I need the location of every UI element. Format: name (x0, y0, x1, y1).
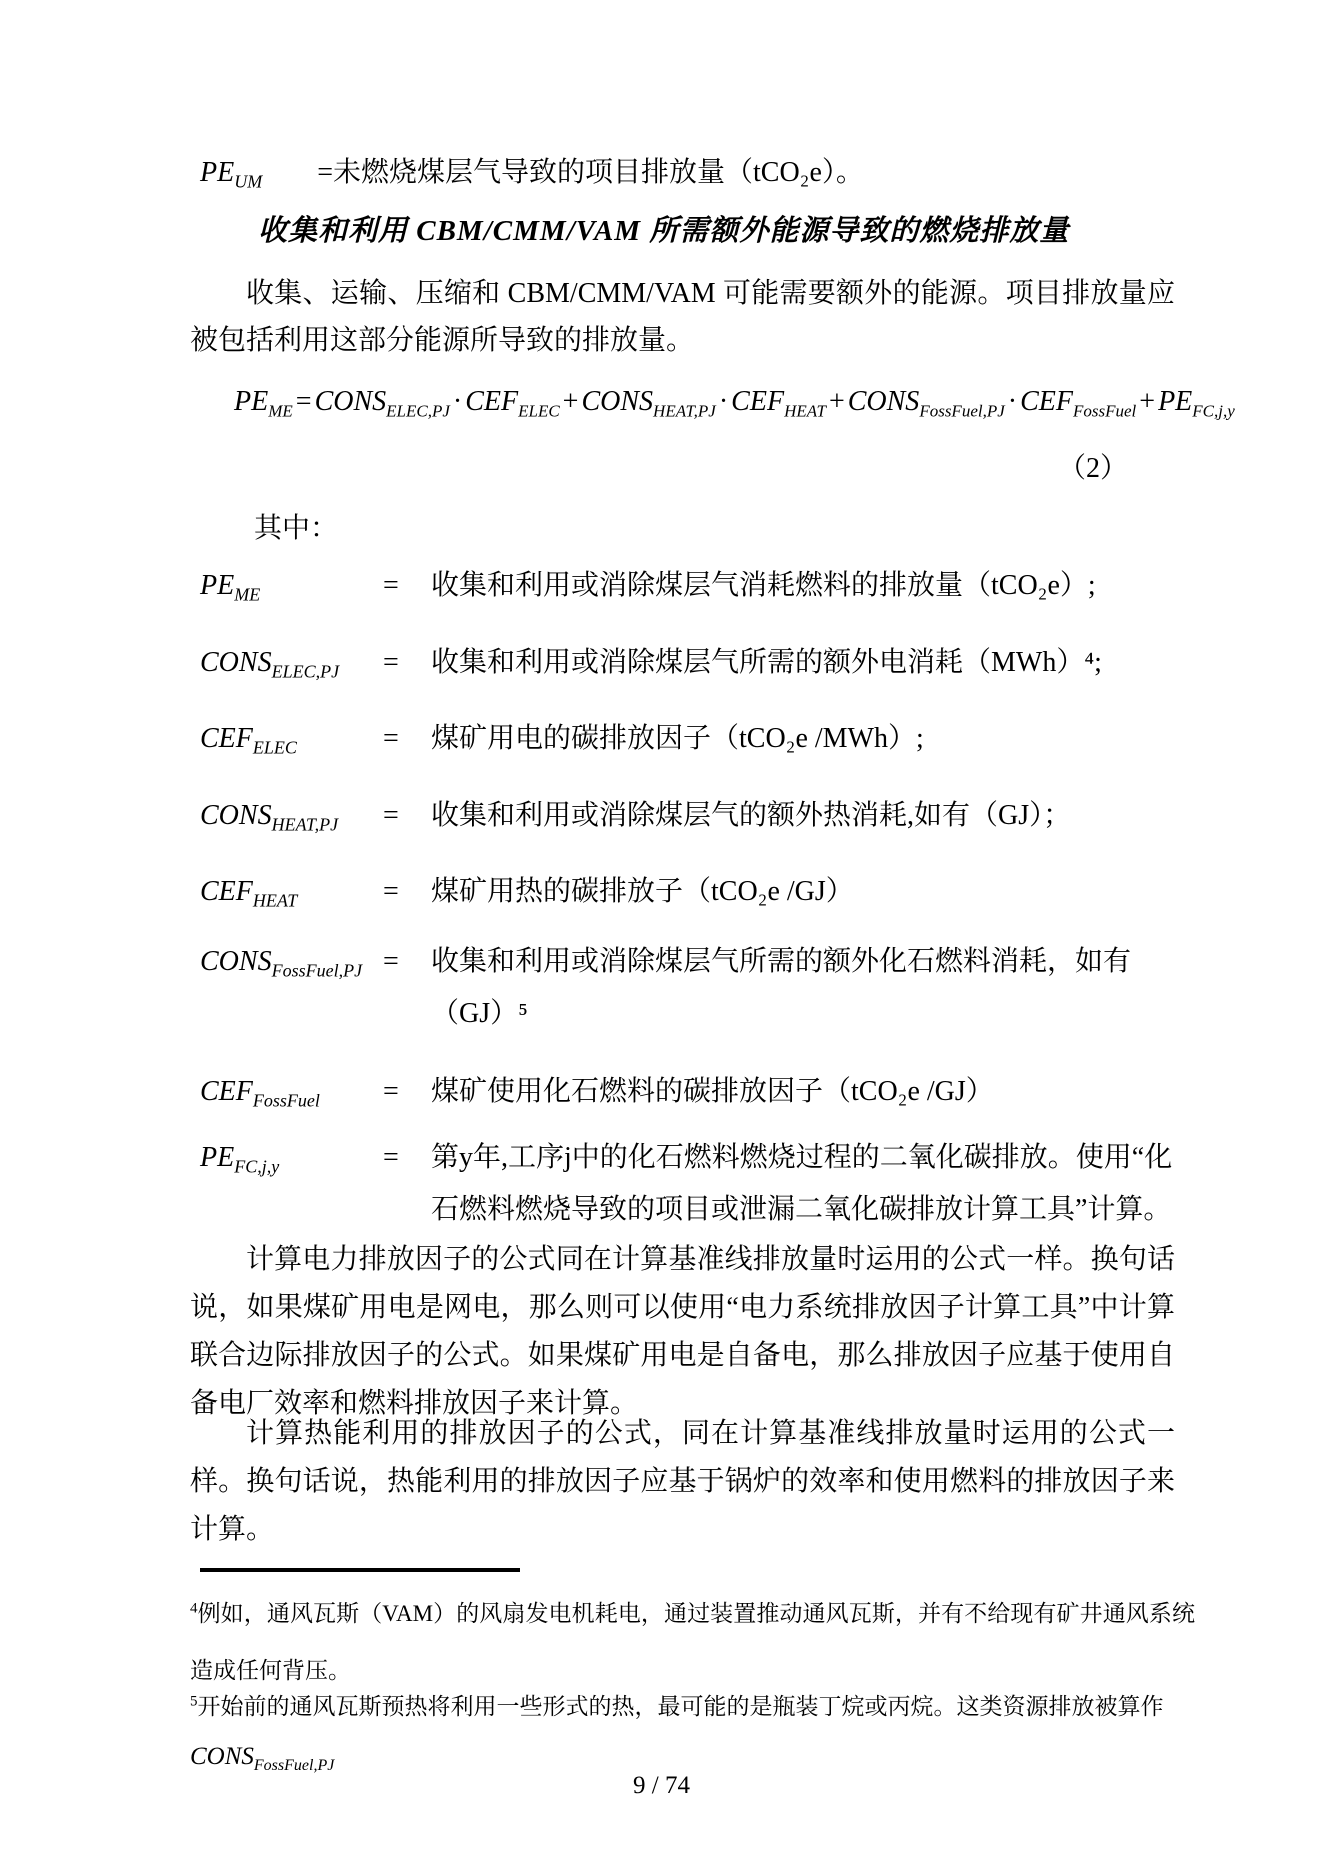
equation-term: ·CEFELEC (450, 386, 560, 417)
equation-term: +CONSHEAT,PJ (560, 386, 716, 417)
peum-term-base: PE (200, 157, 234, 188)
equation-term: ·CEFHEAT (716, 386, 826, 417)
footnote-5: 5开始前的通风瓦斯预热将利用一些形式的热，最可能的是瓶装丁烷或丙烷。这类资源排放… (190, 1682, 1195, 1782)
page-number: 9 / 74 (0, 1772, 1323, 1800)
footnote-4-marker: 4 (190, 1600, 198, 1616)
footnote-5-text: 开始前的通风瓦斯预热将利用一些形式的热，最可能的是瓶装丁烷或丙烷。这类资源排放被… (198, 1694, 1164, 1719)
definition-row: CEFELEC = 煤矿用电的碳排放因子（tCO₂e /MWh）; (200, 713, 1175, 765)
equals-sign: = (383, 713, 431, 765)
peum-description: =未燃烧煤层气导致的项目排放量（tCO₂e）。 (317, 157, 864, 188)
definition-term: CEFHEAT (200, 866, 383, 918)
peum-definition-line: PEUM=未燃烧煤层气导致的项目排放量（tCO₂e）。 (200, 150, 864, 190)
definition-term: CONSHEAT,PJ (200, 790, 383, 842)
equals-sign: = (383, 637, 431, 689)
section-heading: 收集和利用 CBM/CMM/VAM 所需额外能源导致的燃烧排放量 (258, 208, 1069, 249)
definition-row: PEFC,j,y = 第y年,工序j中的化石燃料燃烧过程的二氧化碳排放。使用“化… (200, 1132, 1175, 1236)
definition-row: CEFHEAT = 煤矿用热的碳排放子（tCO₂e /GJ） (200, 866, 1175, 918)
equals-sign: = (383, 560, 431, 612)
definition-term: CEFFossFuel (200, 1066, 383, 1118)
equals-sign: = (383, 1132, 431, 1236)
peum-term-subscript: UM (234, 172, 262, 192)
definition-description: 第y年,工序j中的化石燃料燃烧过程的二氧化碳排放。使用“化石燃料燃烧导致的项目或… (431, 1132, 1175, 1236)
definition-row: CONSELEC,PJ = 收集和利用或消除煤层气所需的额外电消耗（MWh）⁴; (200, 637, 1175, 689)
equation-term: PEME (228, 386, 293, 417)
definition-row: CONSHEAT,PJ = 收集和利用或消除煤层气的额外热消耗,如有（GJ）； (200, 790, 1175, 842)
definition-term: CONSFossFuel,PJ (200, 936, 383, 1040)
definition-description: 收集和利用或消除煤层气所需的额外电消耗（MWh）⁴; (431, 637, 1175, 689)
definition-description-line2: （GJ）⁵ (431, 998, 528, 1029)
definition-row: PEME = 收集和利用或消除煤层气消耗燃料的排放量（tCO₂e）; (200, 560, 1175, 612)
footnote-4-text: 例如，通风瓦斯（VAM）的风扇发电机耗电，通过装置推动通风瓦斯，并有不给现有矿井… (190, 1601, 1195, 1683)
definition-description: 收集和利用或消除煤层气所需的额外化石燃料消耗，如有（GJ）⁵ (431, 936, 1175, 1040)
body-paragraph-heat-ef: 计算热能利用的排放因子的公式，同在计算基准线排放量时运用的公式一样。换句话说，热… (190, 1410, 1175, 1554)
definition-term: CEFELEC (200, 713, 383, 765)
definition-description: 收集和利用或消除煤层气消耗燃料的排放量（tCO₂e）; (431, 560, 1175, 612)
definition-description: 煤矿用电的碳排放因子（tCO₂e /MWh）; (431, 713, 1175, 765)
equals-sign: = (383, 866, 431, 918)
equation-term: +PEFC,j,y (1136, 386, 1235, 417)
footnote-separator (200, 1568, 520, 1572)
definition-description: 煤矿使用化石燃料的碳排放因子（tCO₂e /GJ） (431, 1066, 1175, 1118)
equals-sign: = (383, 1066, 431, 1118)
definition-description: 煤矿用热的碳排放子（tCO₂e /GJ） (431, 866, 1175, 918)
equation-2: PEME=CONSELEC,PJ·CEFELEC+CONSHEAT,PJ·CEF… (228, 386, 1235, 418)
body-paragraph-electricity-ef: 计算电力排放因子的公式同在计算基准线排放量时运用的公式一样。换句话说，如果煤矿用… (190, 1236, 1175, 1428)
definition-row: CONSFossFuel,PJ = 收集和利用或消除煤层气所需的额外化石燃料消耗… (200, 936, 1175, 1040)
equals-sign: = (383, 936, 431, 1040)
where-label: 其中： (254, 506, 338, 546)
equals-sign: = (383, 790, 431, 842)
equation-number: （2） (1058, 446, 1128, 486)
equation-term: ·CEFFossFuel (1005, 386, 1137, 417)
definition-term: PEFC,j,y (200, 1132, 383, 1236)
definition-row: CEFFossFuel = 煤矿使用化石燃料的碳排放因子（tCO₂e /GJ） (200, 1066, 1175, 1118)
definition-term: CONSELEC,PJ (200, 637, 383, 689)
definition-description: 收集和利用或消除煤层气的额外热消耗,如有（GJ）； (431, 790, 1175, 842)
peum-term: PEUM (200, 157, 262, 188)
footnote-5-marker: 5 (190, 1693, 198, 1709)
document-page: PEUM=未燃烧煤层气导致的项目排放量（tCO₂e）。 收集和利用 CBM/CM… (0, 0, 1323, 1871)
intro-paragraph: 收集、运输、压缩和 CBM/CMM/VAM 可能需要额外的能源。项目排放量应被包… (190, 270, 1175, 364)
equation-term: +CONSFossFuel,PJ (826, 386, 1005, 417)
equation-term: =CONSELEC,PJ (293, 386, 450, 417)
definition-term: PEME (200, 560, 383, 612)
